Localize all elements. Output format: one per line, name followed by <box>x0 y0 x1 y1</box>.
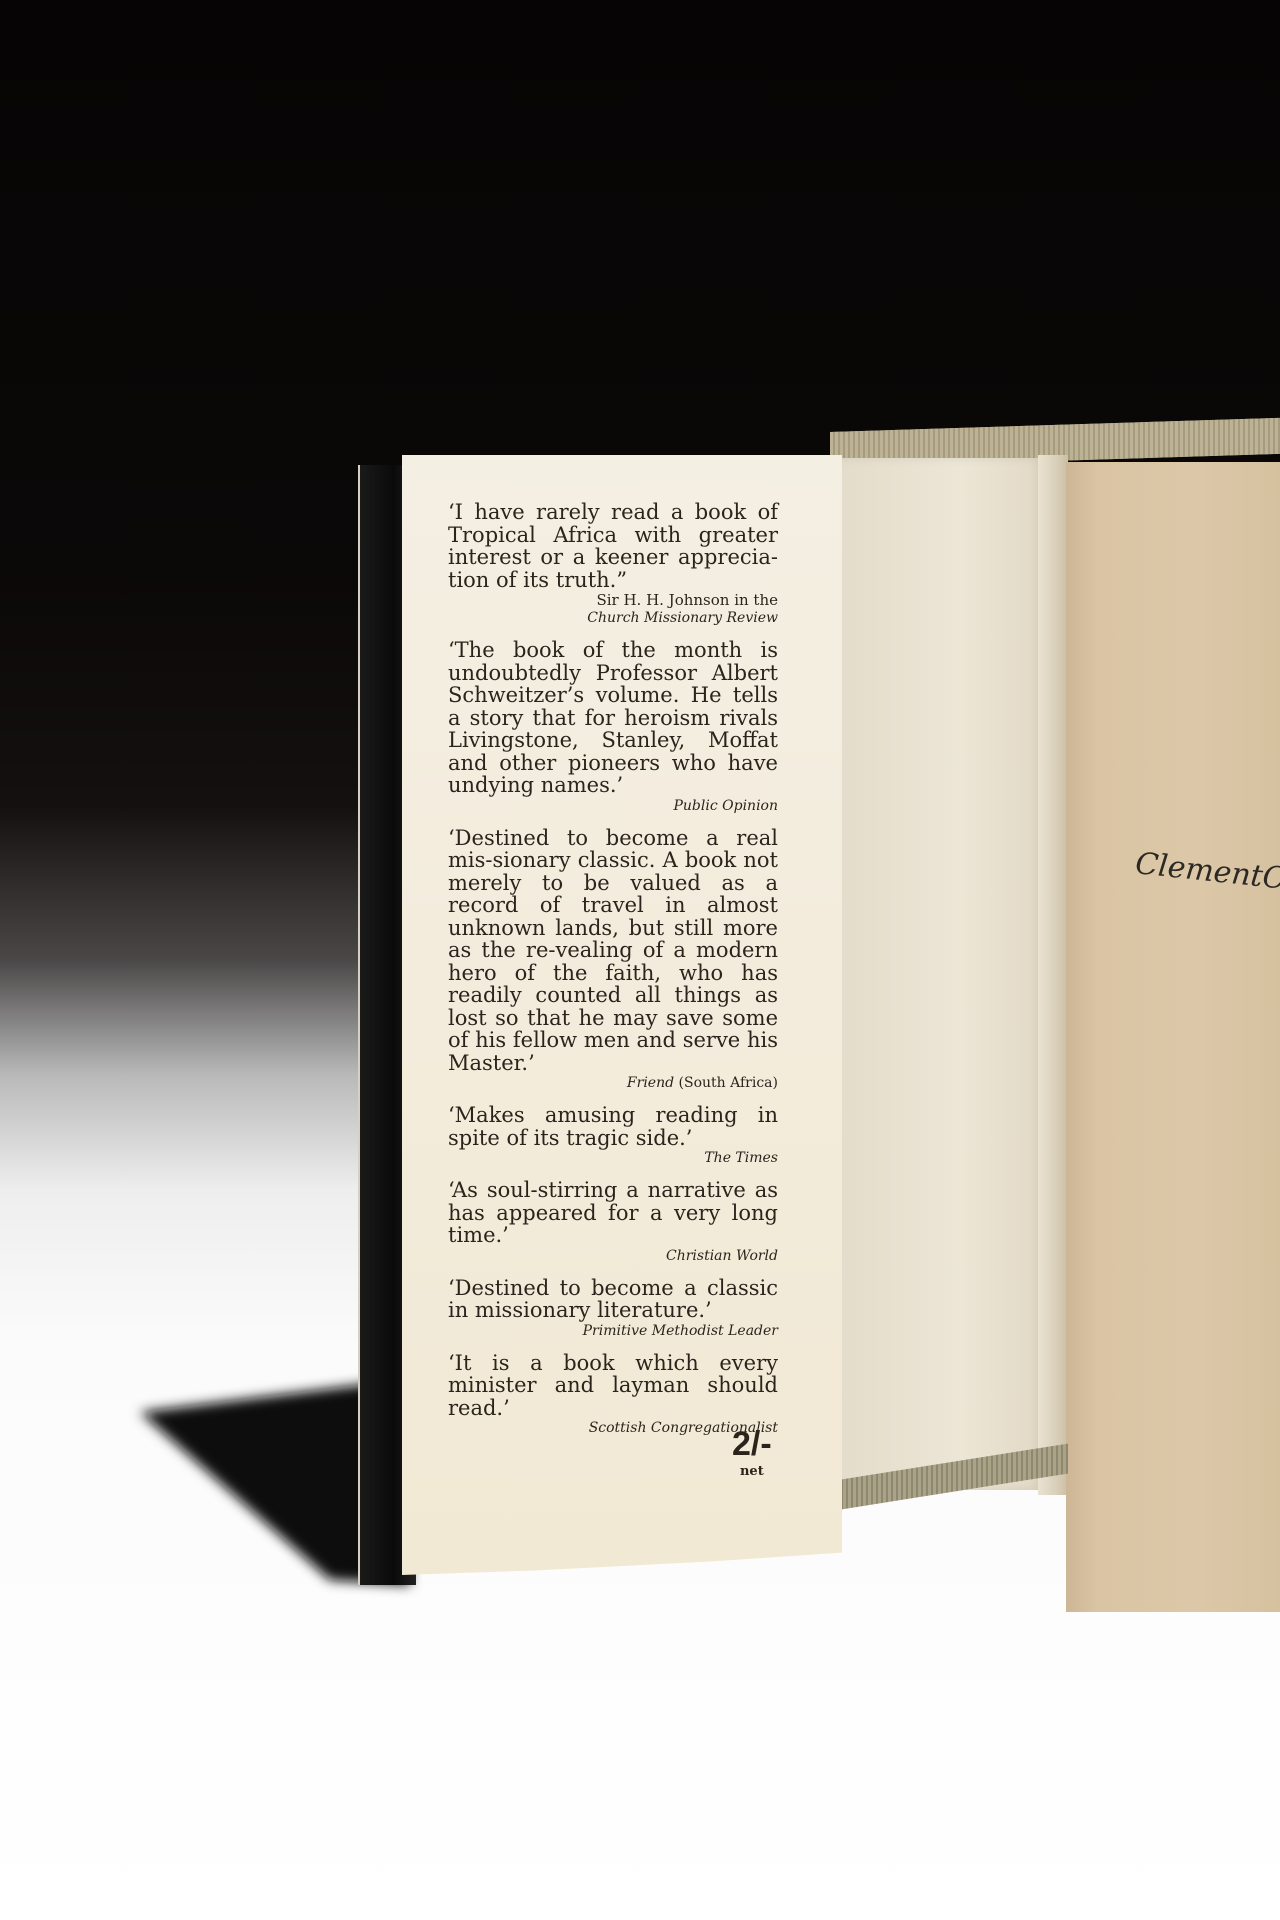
quote-text: ‘As soul-stirring a narrative as has app… <box>448 1178 778 1247</box>
quote-text: ‘Destined to become a classic in mission… <box>448 1276 778 1323</box>
book-hinge <box>1038 455 1068 1495</box>
quote-source-plain: (South Africa) <box>679 1075 778 1091</box>
quote-text: ‘It is a book which every minister and l… <box>448 1351 778 1420</box>
review-quote: ‘I have rarely read a book of Tropical A… <box>448 501 778 627</box>
quote-source: Church Missionary Review <box>448 609 778 627</box>
review-list: ‘I have rarely read a book of Tropical A… <box>448 501 778 1449</box>
quote-source: Public Opinion <box>448 797 778 815</box>
review-quote: ‘It is a book which every minister and l… <box>448 1352 778 1438</box>
quote-source-italic: Friend <box>627 1075 674 1091</box>
endpaper <box>838 458 1043 1490</box>
quote-source: Primitive Methodist Leader <box>448 1322 778 1340</box>
price-amount: 2/- <box>732 1425 772 1464</box>
dust-jacket-flap: ‘I have rarely read a book of Tropical A… <box>402 455 842 1575</box>
review-quote: ‘As soul-stirring a narrative as has app… <box>448 1179 778 1265</box>
price-note: net <box>732 1464 772 1479</box>
price-block: 2/- net <box>732 1425 772 1479</box>
quote-source: The Times <box>448 1149 778 1167</box>
review-quote: ‘Destined to become a classic in mission… <box>448 1277 778 1340</box>
review-quote: ‘Destined to become a real mis-sionary c… <box>448 827 778 1093</box>
quote-text: ‘Makes amusing reading in spite of its t… <box>448 1103 778 1150</box>
quote-text: ‘The book of the month is undoubtedly Pr… <box>448 638 778 797</box>
title-page <box>1066 462 1280 1612</box>
quote-source: Sir H. H. Johnson in the <box>448 591 778 609</box>
quote-text: ‘Destined to become a real mis-sionary c… <box>448 826 778 1075</box>
book-photo-scene: ClementC.( ‘I have rarely read a book of… <box>0 0 1280 1920</box>
quote-source: Scottish Congregationalist <box>448 1419 778 1437</box>
quote-source: Christian World <box>448 1247 778 1265</box>
review-quote: ‘The book of the month is undoubtedly Pr… <box>448 639 778 815</box>
quote-source: Friend (South Africa) <box>448 1074 778 1092</box>
quote-text: ‘I have rarely read a book of Tropical A… <box>448 500 778 592</box>
review-quote: ‘Makes amusing reading in spite of its t… <box>448 1104 778 1167</box>
